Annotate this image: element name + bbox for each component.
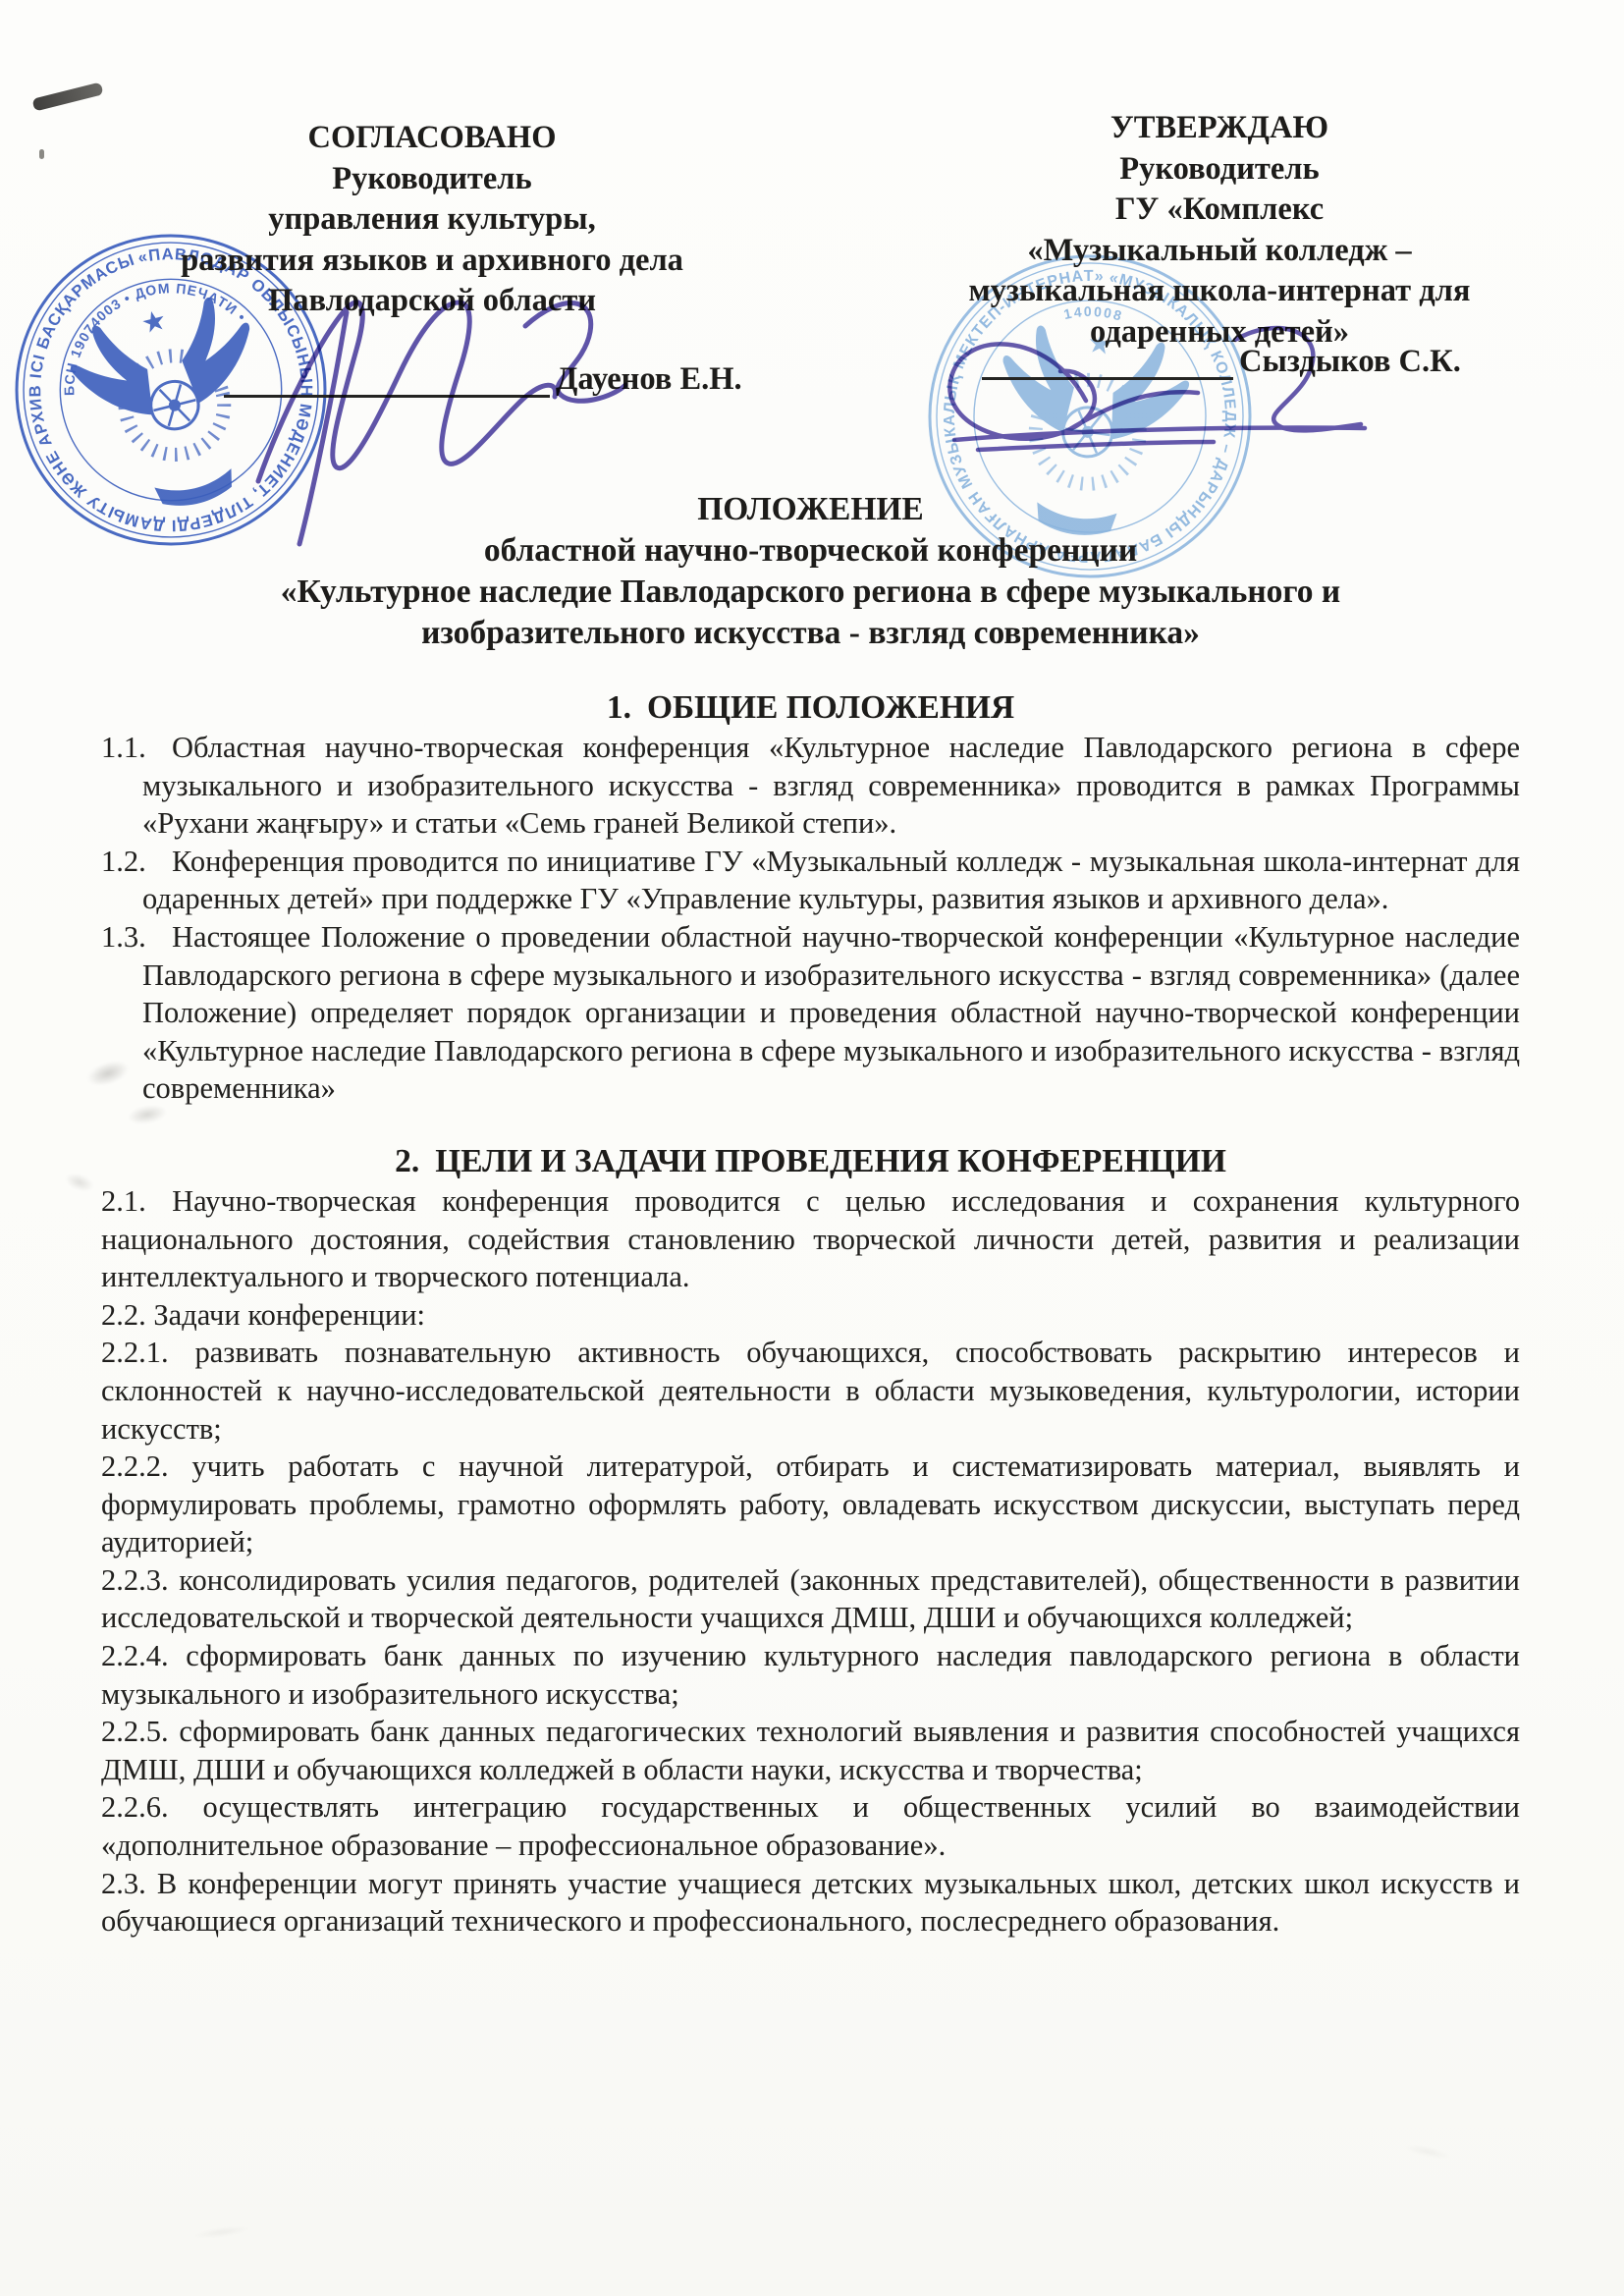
clause-2-2: 2.2. Задачи конференции:	[101, 1296, 1520, 1335]
clause-2-2-5: 2.2.5. сформировать банк данных педагоги…	[101, 1713, 1520, 1788]
approval-line: СОГЛАСОВАНО	[147, 118, 717, 159]
approval-line: музыкальная школа-интернат для	[927, 271, 1512, 312]
clause-1-3: 1.3.Настоящее Положение о проведении обл…	[101, 918, 1520, 1108]
smudge-mark	[192, 2223, 252, 2241]
section-1-heading: 1.ОБЩИЕ ПОЛОЖЕНИЯ	[101, 687, 1520, 729]
clause-text: Конференция проводится по инициативе ГУ …	[142, 845, 1520, 916]
clause-number: 1.1.	[101, 729, 172, 767]
approval-line: УТВЕРЖДАЮ	[927, 108, 1512, 149]
pen-mark	[31, 82, 103, 111]
approval-line: Руководитель	[927, 149, 1512, 191]
clause-2-2-1: 2.2.1. развивать познавательную активнос…	[101, 1334, 1520, 1448]
approval-line: ГУ «Комплекс	[927, 190, 1512, 231]
document-title: ПОЛОЖЕНИЕ	[101, 489, 1520, 530]
clause-2-3: 2.3. В конференции могут принять участие…	[101, 1865, 1520, 1941]
clause-number: 1.2.	[101, 843, 172, 881]
section-number: 2.	[395, 1143, 419, 1179]
document-subtitle: областной научно-творческой конференции	[101, 530, 1520, 572]
clause-2-2-3: 2.2.3. консолидировать усилия педагогов,…	[101, 1561, 1520, 1637]
clause-1-1: 1.1.Областная научно-творческая конферен…	[101, 729, 1520, 843]
clause-text: Областная научно-творческая конференция …	[142, 731, 1520, 840]
section-number: 1.	[607, 689, 631, 726]
document-page: «ПАВЛОДАР ОБЛЫСЫНЫҢ МӘДЕНИЕТ, ТІЛДЕРДІ Д…	[0, 0, 1624, 2296]
clause-2-2-6: 2.2.6. осуществлять интеграцию государст…	[101, 1788, 1520, 1864]
clause-2-2-2: 2.2.2. учить работать с научной литерату…	[101, 1448, 1520, 1561]
clause-2-1: 2.1. Научно-творческая конференция прово…	[101, 1182, 1520, 1296]
smudge-mark	[1403, 2142, 1451, 2161]
clause-1-2: 1.2.Конференция проводится по инициативе…	[101, 843, 1520, 918]
approval-line: Руководитель	[147, 159, 717, 200]
document-body: ПОЛОЖЕНИЕ областной научно-творческой ко…	[101, 489, 1520, 1941]
handwritten-signature-right	[921, 310, 1392, 477]
smudge-mark	[63, 1170, 96, 1194]
document-subtitle: «Культурное наследие Павлодарского регио…	[101, 572, 1520, 613]
section-label: ОБЩИЕ ПОЛОЖЕНИЯ	[647, 689, 1014, 726]
approval-line: управления культуры,	[147, 199, 717, 241]
approval-line: «Музыкальный колледж –	[927, 231, 1512, 272]
clause-2-2-4: 2.2.4. сформировать банк данных по изуче…	[101, 1637, 1520, 1713]
pen-dot	[39, 149, 44, 159]
section-2-heading: 2.ЦЕЛИ И ЗАДАЧИ ПРОВЕДЕНИЯ КОНФЕРЕНЦИИ	[101, 1141, 1520, 1182]
clause-number: 1.3.	[101, 918, 172, 957]
section-label: ЦЕЛИ И ЗАДАЧИ ПРОВЕДЕНИЯ КОНФЕРЕНЦИИ	[435, 1143, 1226, 1179]
clause-text: Настоящее Положение о проведении областн…	[142, 920, 1520, 1105]
document-subtitle: изобразительного искусства - взгляд совр…	[101, 613, 1520, 654]
